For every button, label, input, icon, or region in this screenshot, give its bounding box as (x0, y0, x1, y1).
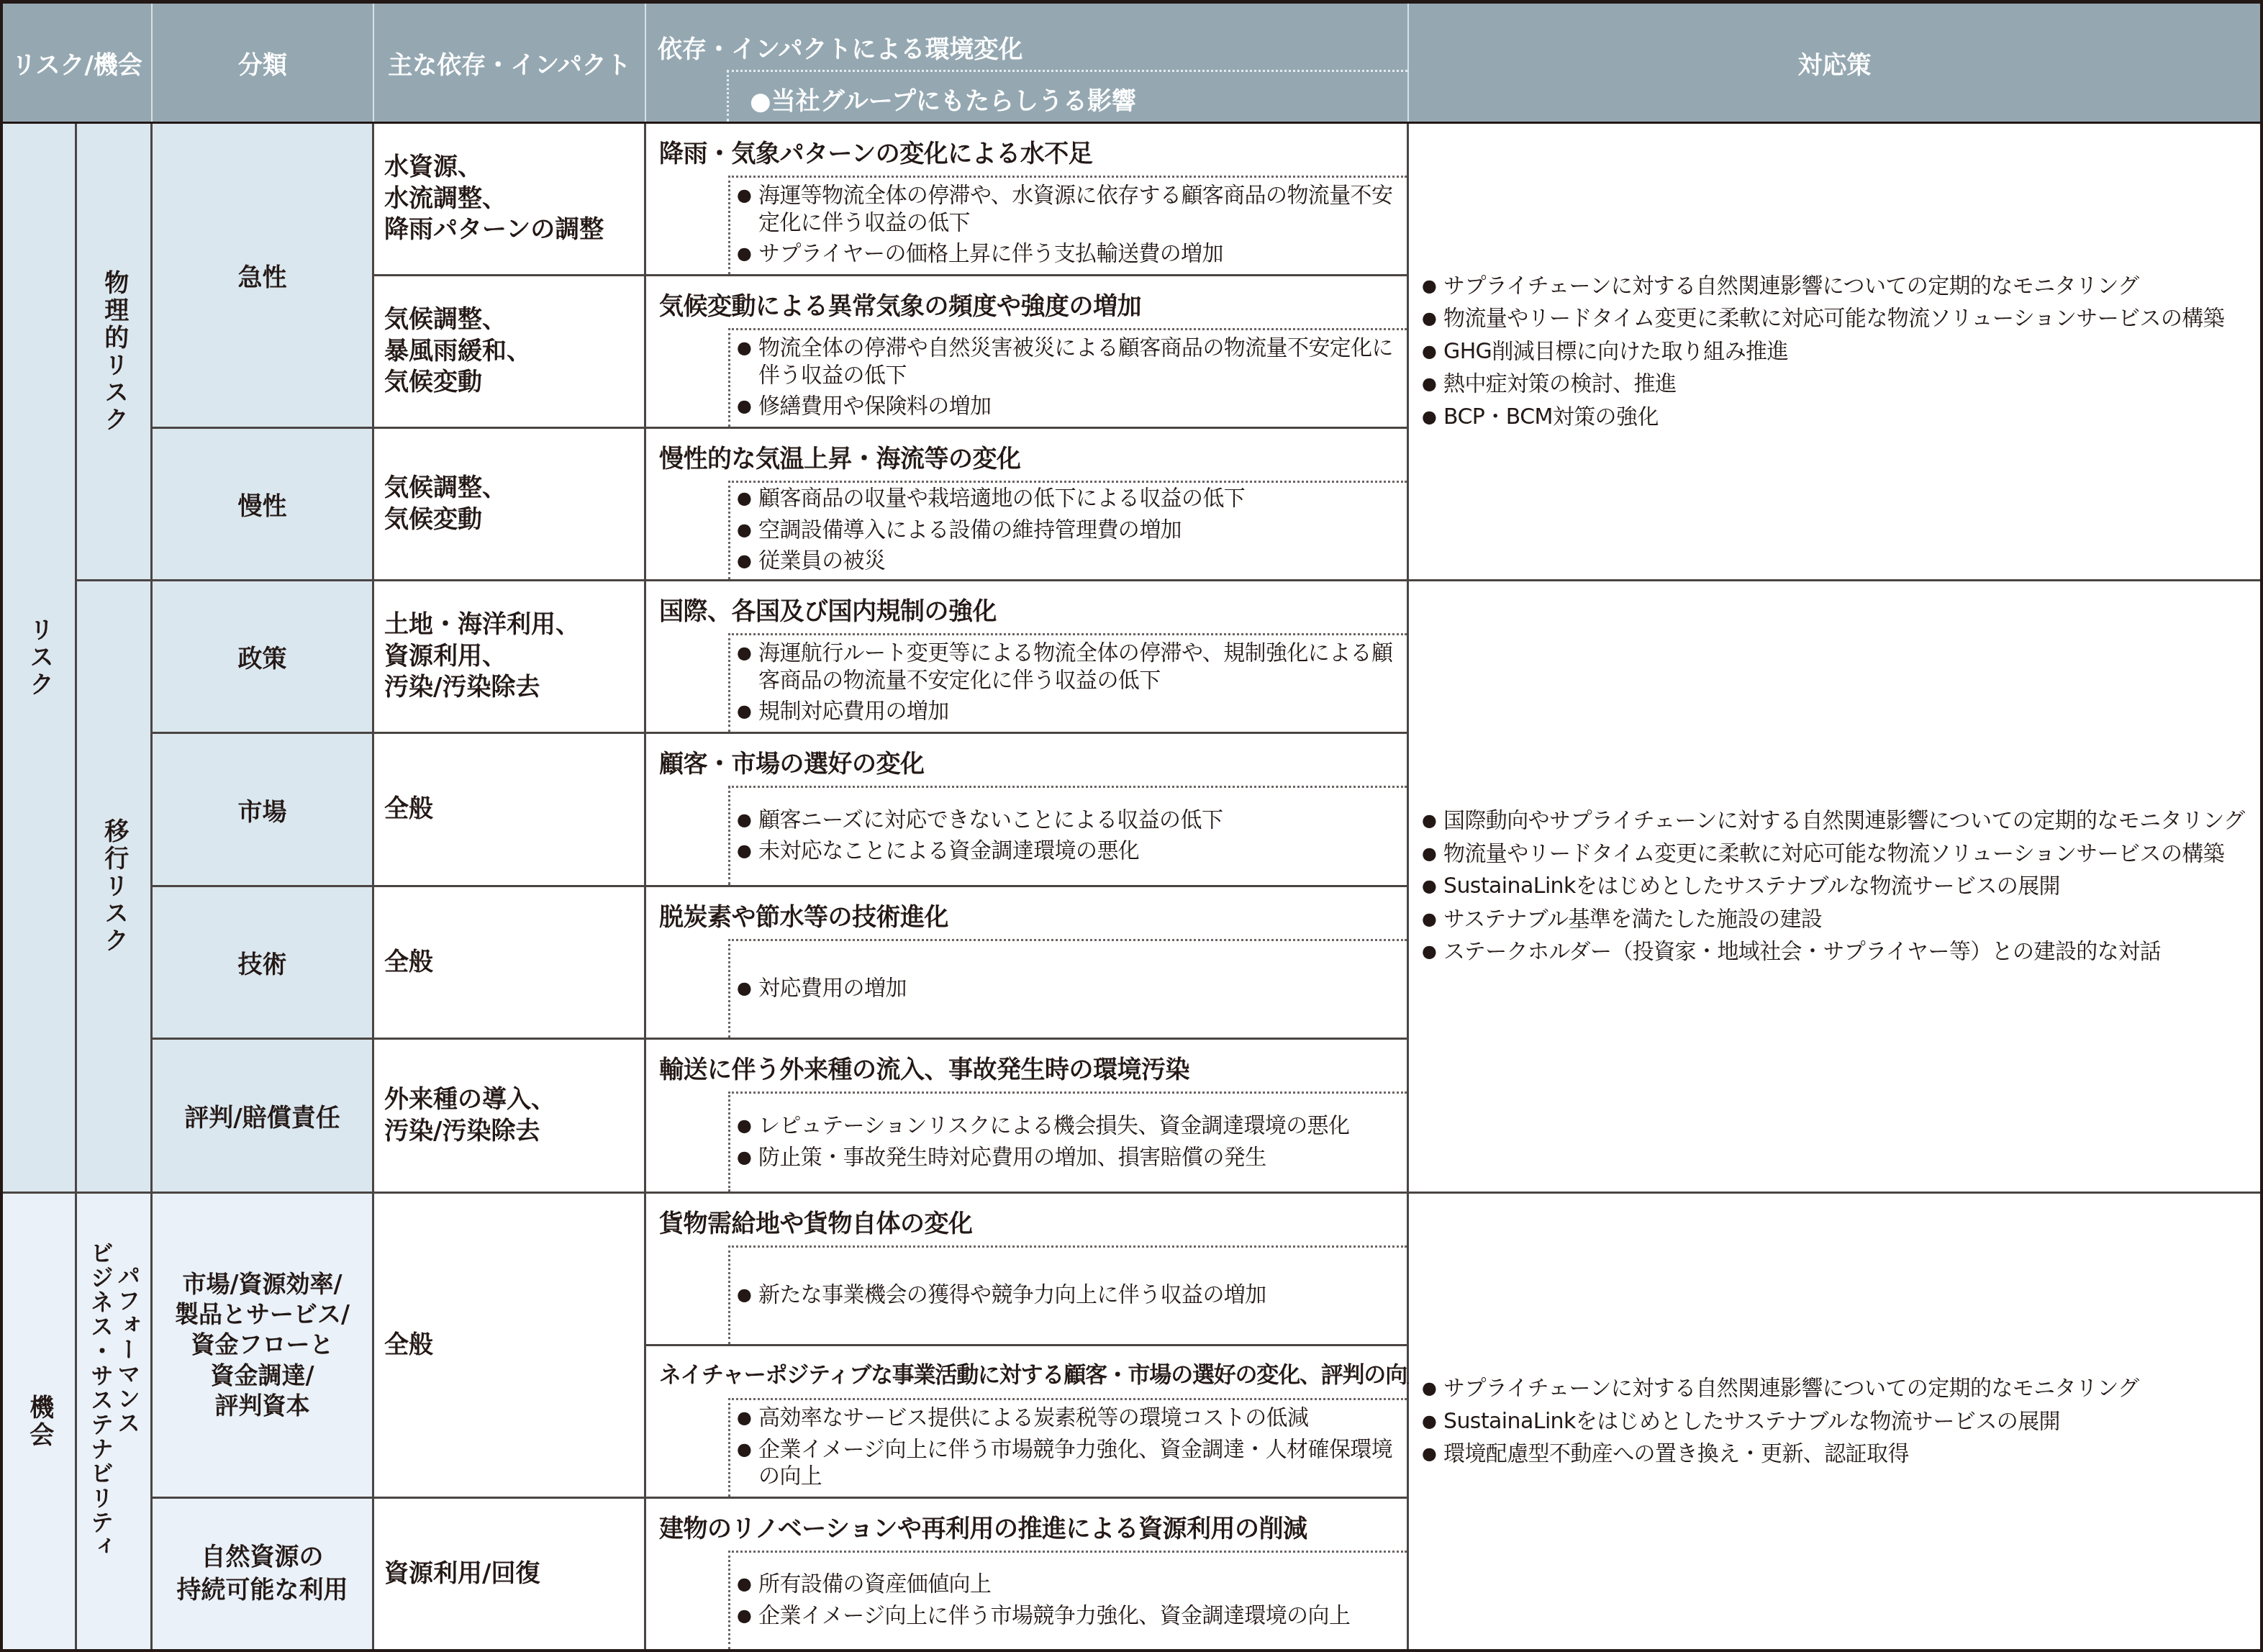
impact-list: 対応費用の増加 (737, 939, 1397, 1038)
impact-cell: ネイチャーポジティブな事業活動に対する顧客・市場の選好の変化、評判の向上 高効率… (646, 1346, 1409, 1499)
impact-item: 海運航行ルート変更等による物流全体の停滞や、規制強化による顧客商品の物流量不安定… (737, 640, 1397, 694)
dependency-cell: 外来種の導入、 汚染/汚染除去 (374, 1040, 646, 1194)
impact-list: 海運等物流全体の停滞や、水資源に依存する顧客商品の物流量不安定化に伴う収益の低下… (737, 176, 1397, 274)
impact-item: 新たな事業機会の獲得や競争力向上に伴う収益の増加 (737, 1281, 1397, 1309)
dependency-cell: 全般 (374, 734, 646, 887)
impact-item: 顧客ニーズに対応できないことによる収益の低下 (737, 807, 1397, 834)
impact-list: 所有設備の資産価値向上 企業イメージ向上に伴う市場競争力強化、資金調達環境の向上 (737, 1551, 1397, 1649)
dependency-cell: 資源利用/回復 (374, 1499, 646, 1649)
business-performance-label-line1: ビジネス・サステナビリティ (88, 1241, 113, 1559)
category-policy-cell: 政策 (153, 581, 374, 734)
dependency-cell: 土地・海洋利用、 資源利用、 汚染/汚染除去 (374, 581, 646, 734)
impact-item: 海運等物流全体の停滞や、水資源に依存する顧客商品の物流量不安定化に伴う収益の低下 (737, 182, 1397, 236)
header-response: 対応策 (1409, 4, 2260, 122)
response-item: 物流量やリードタイム変更に柔軟に対応可能な物流ソリューションサービスの構築 (1422, 305, 2253, 332)
dotted-divider-vertical (728, 1551, 730, 1649)
impact-item: 物流全体の停滞や自然災害被災による顧客商品の物流量不安定化に伴う収益の低下 (737, 335, 1397, 389)
category-label: 政策 (238, 639, 287, 674)
env-change-title: ネイチャーポジティブな事業活動に対する顧客・市場の選好の変化、評判の向上 (659, 1356, 1428, 1389)
tnfd-risk-opportunity-table: リスク/機会 分類 主な依存・インパクト 依存・インパクトによる環境変化 ●当社… (0, 0, 2263, 1652)
header-divider-dotted (727, 70, 1407, 72)
impact-cell: 降雨・気象パターンの変化による水不足 海運等物流全体の停滞や、水資源に依存する顧… (646, 124, 1409, 276)
header-classification: 分類 (153, 4, 374, 122)
header-risk-opportunity: リスク/機会 (3, 4, 153, 122)
impact-cell: 脱炭素や節水等の技術進化 対応費用の増加 (646, 887, 1409, 1040)
category-technology-cell: 技術 (153, 887, 374, 1040)
category-market-cell: 市場 (153, 734, 374, 887)
impact-item: 顧客商品の収量や栽培適地の低下による収益の低下 (737, 485, 1397, 512)
acute-label: 急性 (238, 258, 287, 293)
impact-list: 物流全体の停滞や自然災害被災による顧客商品の物流量不安定化に伴う収益の低下 修繕… (737, 328, 1397, 427)
physical-risk-label-cell: 物理的リスク (77, 124, 153, 581)
impact-list: 顧客商品の収量や栽培適地の低下による収益の低下 空調設備導入による設備の維持管理… (737, 481, 1397, 579)
impact-item: 所有設備の資産価値向上 (737, 1571, 1397, 1598)
response-item: BCP・BCM対策の強化 (1422, 404, 2253, 431)
dotted-divider-vertical (728, 939, 730, 1038)
impact-item: 修繕費用や保険料の増加 (737, 393, 1397, 420)
header-main-dependency-impact: 主な依存・インパクト (374, 4, 646, 122)
impact-cell: 慢性的な気温上昇・海流等の変化 顧客商品の収量や栽培適地の低下による収益の低下 … (646, 429, 1409, 581)
dotted-divider-vertical (728, 633, 730, 732)
env-change-title: 貨物需給地や貨物自体の変化 (659, 1204, 973, 1239)
impact-item: 空調設備導入による設備の維持管理費の増加 (737, 517, 1397, 544)
category-label: 技術 (238, 945, 287, 980)
response-item: サプライチェーンに対する自然関連影響についての定期的なモニタリング (1422, 1375, 2253, 1402)
impact-list: 海運航行ルート変更等による物流全体の停滞や、規制強化による顧客商品の物流量不安定… (737, 633, 1397, 732)
impact-item: 企業イメージ向上に伴う市場競争力強化、資金調達・人材確保環境の向上 (737, 1436, 1397, 1490)
impact-item: 未対応なことによる資金調達環境の悪化 (737, 838, 1397, 865)
business-performance-label-line2: パフォーマンス (114, 1264, 140, 1435)
dependency-cell: 水資源、 水流調整、 降雨パターンの調整 (374, 124, 646, 276)
dependency-cell: 気候調整、 気候変動 (374, 429, 646, 581)
response-item: サプライチェーンに対する自然関連影響についての定期的なモニタリング (1422, 273, 2253, 300)
header-group-impact-label: ●当社グループにもたらしうる影響 (750, 81, 1136, 117)
impact-item: 対応費用の増加 (737, 975, 1397, 1002)
impact-cell: 輸送に伴う外来種の流入、事故発生時の環境汚染 レピュテーションリスクによる機会損… (646, 1040, 1409, 1194)
impact-list: 新たな事業機会の獲得や競争力向上に伴う収益の増加 (737, 1245, 1397, 1344)
acute-label-cell: 急性 (153, 124, 374, 429)
impact-item: 従業員の被災 (737, 548, 1397, 575)
header-env-change: 依存・インパクトによる環境変化 ●当社グループにもたらしうる影響 (646, 4, 1409, 122)
opportunity-label: 機会 (25, 1394, 52, 1449)
opportunity-label-cell: 機会 (3, 1194, 77, 1649)
env-change-title: 慢性的な気温上昇・海流等の変化 (659, 439, 1021, 474)
impact-item: 企業イメージ向上に伴う市場競争力強化、資金調達環境の向上 (737, 1602, 1397, 1630)
category-label: 市場 (238, 792, 287, 827)
impact-item: 防止策・事故発生時対応費用の増加、損害賠償の発生 (737, 1144, 1397, 1171)
dependency-cell: 全般 (374, 887, 646, 1040)
risk-label-cell: リスク (3, 124, 77, 1194)
impact-item: 高効率なサービス提供による炭素税等の環境コストの低減 (737, 1404, 1397, 1432)
impact-cell: 気候変動による異常気象の頻度や強度の増加 物流全体の停滞や自然災害被災による顧客… (646, 276, 1409, 429)
response-item: 環境配慮型不動産への置き換え・更新、認証取得 (1422, 1440, 2253, 1468)
impact-list: 高効率なサービス提供による炭素税等の環境コストの低減 企業イメージ向上に伴う市場… (737, 1398, 1397, 1497)
response-item: SustainaLinkをはじめとしたサステナブルな物流サービスの展開 (1422, 1408, 2253, 1435)
env-change-title: 輸送に伴う外来種の流入、事故発生時の環境汚染 (659, 1050, 1189, 1085)
env-change-title: 国際、各国及び国内規制の強化 (659, 591, 997, 627)
chronic-label-cell: 慢性 (153, 429, 374, 581)
category-natural-resource-cell: 自然資源の 持続可能な利用 (153, 1499, 374, 1649)
header-divider-dotted-vertical (727, 70, 729, 122)
impact-cell: 建物のリノベーションや再利用の推進による資源利用の削減 所有設備の資産価値向上 … (646, 1499, 1409, 1649)
chronic-label: 慢性 (238, 486, 287, 522)
category-market-resource-cell: 市場/資源効率/ 製品とサービス/ 資金フローと 資金調達/ 評判資本 (153, 1194, 374, 1499)
category-reputation-cell: 評判/賠償責任 (153, 1040, 374, 1194)
response-item: 国際動向やサプライチェーンに対する自然関連影響についての定期的なモニタリング (1422, 807, 2253, 835)
physical-risk-label: 物理的リスク (100, 270, 127, 434)
env-change-title: 建物のリノベーションや再利用の推進による資源利用の削減 (659, 1509, 1307, 1544)
impact-list: レピュテーションリスクによる機会損失、資金調達環境の悪化 防止策・事故発生時対応… (737, 1091, 1397, 1192)
business-performance-label-cell: ビジネス・サステナビリティ パフォーマンス (77, 1194, 153, 1649)
impact-item: サプライヤーの価格上昇に伴う支払輸送費の増加 (737, 240, 1397, 268)
response-item: 物流量やリードタイム変更に柔軟に対応可能な物流ソリューションサービスの構築 (1422, 840, 2253, 868)
dotted-divider-vertical (728, 786, 730, 885)
env-change-title: 気候変動による異常気象の頻度や強度の増加 (659, 286, 1141, 322)
env-change-title: 脱炭素や節水等の技術進化 (659, 897, 948, 932)
impact-item: レピュテーションリスクによる機会損失、資金調達環境の悪化 (737, 1112, 1397, 1140)
risk-label: リスク (25, 617, 52, 699)
category-label: 評判/賠償責任 (184, 1098, 340, 1133)
dependency-cell: 気候調整、 暴風雨緩和、 気候変動 (374, 276, 646, 429)
response-cell-transition: 国際動向やサプライチェーンに対する自然関連影響についての定期的なモニタリング 物… (1409, 581, 2260, 1194)
env-change-title: 顧客・市場の選好の変化 (659, 744, 925, 779)
impact-cell: 顧客・市場の選好の変化 顧客ニーズに対応できないことによる収益の低下 未対応なこ… (646, 734, 1409, 887)
dotted-divider-vertical (728, 176, 730, 274)
response-item: GHG削減目標に向けた取り組み推進 (1422, 338, 2253, 366)
response-item: 熱中症対策の検討、推進 (1422, 371, 2253, 398)
response-cell-physical: サプライチェーンに対する自然関連影響についての定期的なモニタリング 物流量やリー… (1409, 124, 2260, 581)
dotted-divider-vertical (728, 1245, 730, 1344)
transition-risk-label-cell: 移行リスク (77, 581, 153, 1194)
dotted-divider-vertical (728, 1091, 730, 1192)
dotted-divider-vertical (728, 328, 730, 427)
impact-item: 規制対応費用の増加 (737, 698, 1397, 725)
impact-list: 顧客ニーズに対応できないことによる収益の低下 未対応なことによる資金調達環境の悪… (737, 786, 1397, 885)
response-item: ステークホルダー（投資家・地域社会・サプライヤー等）との建設的な対話 (1422, 938, 2253, 966)
env-change-title: 降雨・気象パターンの変化による水不足 (659, 134, 1092, 169)
response-item: サステナブル基準を満たした施設の建設 (1422, 906, 2253, 933)
impact-cell: 国際、各国及び国内規制の強化 海運航行ルート変更等による物流全体の停滞や、規制強… (646, 581, 1409, 734)
header-env-change-label: 依存・インパクトによる環境変化 (658, 29, 1023, 65)
transition-risk-label: 移行リスク (100, 818, 127, 955)
response-cell-opportunity: サプライチェーンに対する自然関連影響についての定期的なモニタリング Sustai… (1409, 1194, 2260, 1649)
dependency-cell: 全般 (374, 1194, 646, 1499)
dotted-divider-vertical (728, 1398, 730, 1497)
response-item: SustainaLinkをはじめとしたサステナブルな物流サービスの展開 (1422, 873, 2253, 900)
impact-cell: 貨物需給地や貨物自体の変化 新たな事業機会の獲得や競争力向上に伴う収益の増加 (646, 1194, 1409, 1346)
dotted-divider-vertical (728, 481, 730, 579)
